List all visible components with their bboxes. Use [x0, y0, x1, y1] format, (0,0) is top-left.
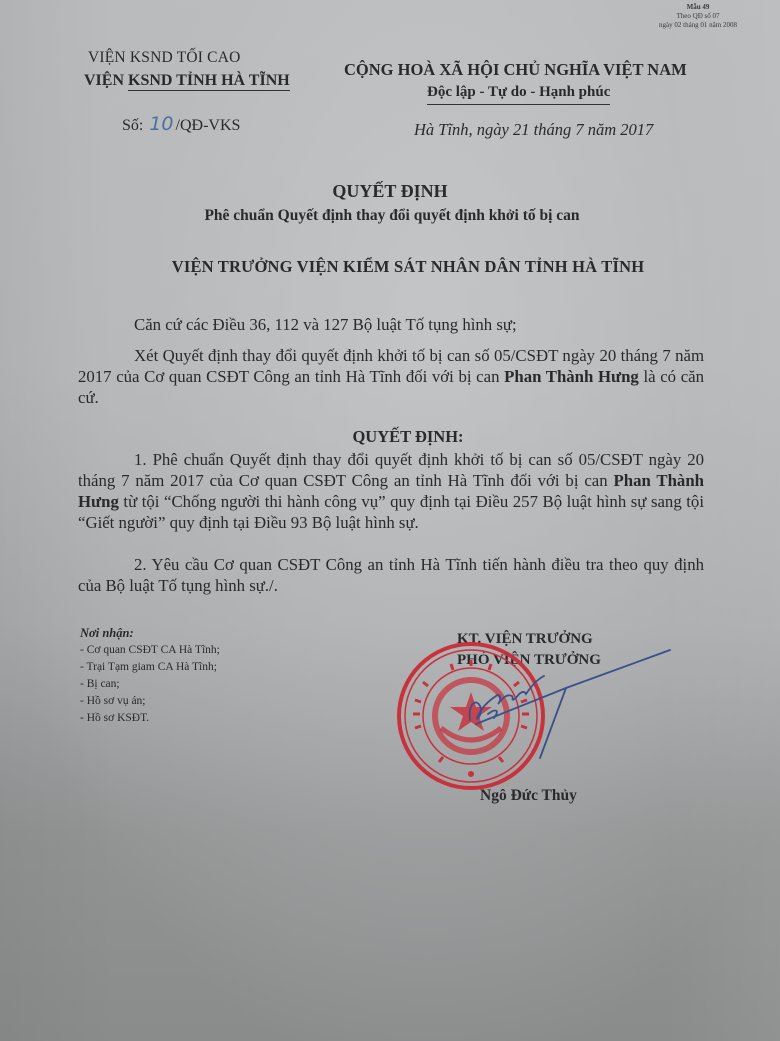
- form-reference-line3: ngày 02 tháng 01 năm 2008: [628, 21, 768, 30]
- document-subtitle: Phê chuẩn Quyết định thay đổi quyết định…: [0, 207, 780, 225]
- recipients-heading: Nơi nhận:: [80, 625, 220, 642]
- recipient-item: - Hồ sơ vụ án;: [80, 693, 220, 710]
- recipient-item: - Trại Tạm giam CA Hà Tĩnh;: [80, 659, 220, 676]
- legal-basis-text-1: Căn cứ các Điều 36, 112 và 127 Bộ luật T…: [134, 315, 517, 334]
- form-number: Mẫu 49: [628, 3, 768, 12]
- issuing-organization-name: KSND TỈNH HÀ TĨNH: [128, 72, 290, 91]
- issuing-organization: VIỆN KSND TỈNH HÀ TĨNH: [84, 72, 290, 90]
- decision-item-1-text-end: từ tội “Chống người thi hành công vụ” qu…: [78, 492, 704, 532]
- document-number: Số: 10/QĐ-VKS: [122, 113, 240, 135]
- decision-item-1-text: 1. Phê chuẩn Quyết định thay đổi quyết đ…: [78, 450, 704, 490]
- decision-heading: QUYẾT ĐỊNH:: [0, 427, 780, 447]
- defendant-name: Phan Thành Hưng: [504, 367, 639, 386]
- issuing-authority: VIỆN TRƯỞNG VIỆN KIỂM SÁT NHÂN DÂN TỈNH …: [0, 257, 780, 277]
- signer-name: Ngô Đức Thủy: [480, 787, 577, 805]
- national-motto: Độc lập - Tự do - Hạnh phúc: [427, 84, 610, 105]
- issuing-organization-prefix: VIỆN: [84, 72, 128, 89]
- recipient-item: - Bị can;: [80, 676, 220, 693]
- place-and-date: Hà Tĩnh, ngày 21 tháng 7 năm 2017: [414, 120, 653, 140]
- recipients-list: Nơi nhận: - Cơ quan CSĐT CA Hà Tĩnh; - T…: [80, 625, 220, 727]
- country-name: CỘNG HOÀ XÃ HỘI CHỦ NGHĨA VIỆT NAM: [344, 60, 687, 80]
- decision-item-2: 2. Yêu cầu Cơ quan CSĐT Công an tỉnh Hà …: [78, 554, 704, 596]
- parent-organization: VIỆN KSND TỐI CAO: [88, 49, 241, 67]
- signature-icon: [440, 640, 680, 760]
- legal-basis-paragraph-1: Căn cứ các Điều 36, 112 và 127 Bộ luật T…: [78, 314, 704, 335]
- document-page: Mẫu 49 Theo QĐ số 07 ngày 02 tháng 01 nă…: [0, 0, 780, 1041]
- form-reference-line2: Theo QĐ số 07: [628, 12, 768, 21]
- document-number-suffix: /QĐ-VKS: [176, 117, 241, 134]
- document-number-handwritten: 10: [147, 113, 175, 135]
- document-title: QUYẾT ĐỊNH: [0, 181, 780, 202]
- recipient-item: - Hồ sơ KSĐT.: [80, 710, 220, 727]
- recipient-item: - Cơ quan CSĐT CA Hà Tĩnh;: [80, 642, 220, 659]
- document-number-label: Số:: [122, 117, 143, 134]
- decision-item-1: 1. Phê chuẩn Quyết định thay đổi quyết đ…: [78, 449, 704, 533]
- form-reference: Mẫu 49 Theo QĐ số 07 ngày 02 tháng 01 nă…: [628, 3, 768, 30]
- legal-basis-paragraph-2: Xét Quyết định thay đổi quyết định khởi …: [78, 345, 704, 408]
- decision-item-2-text: 2. Yêu cầu Cơ quan CSĐT Công an tỉnh Hà …: [78, 555, 704, 595]
